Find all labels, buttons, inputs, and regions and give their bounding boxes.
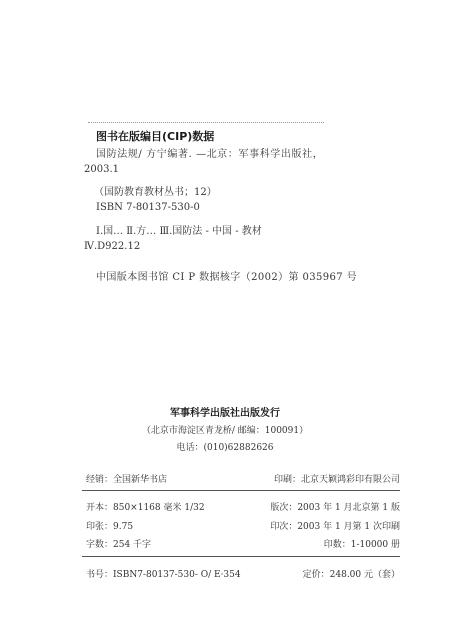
- cip-line-date: 2003.1: [84, 164, 119, 175]
- printing: 印次：2003 年 1 月第 1 次印刷: [270, 519, 400, 532]
- cip-line-subjects: Ⅰ.国… Ⅱ.方… Ⅲ.国防法 - 中国 - 教材: [96, 222, 262, 237]
- word-count: 字数：254 千字: [86, 537, 151, 550]
- publisher-address: （北京市海淀区青龙桥/ 邮编：100091）: [0, 423, 450, 436]
- print-run: 印数：1-10000 册: [324, 537, 400, 550]
- printer: 印刷：北京天颖鸿彩印有限公司: [274, 472, 400, 485]
- cip-title: 图书在版编目(CIP)数据: [96, 128, 214, 144]
- sheets: 印张：9.75: [86, 519, 133, 532]
- cip-line-isbn: ISBN 7-80137-530-0: [96, 202, 200, 213]
- dotted-divider: [88, 122, 324, 123]
- cip-line-title-author: 国防法规/ 方宁编著. —北京：军事科学出版社，: [96, 145, 323, 160]
- edition: 版次：2003 年 1 月北京第 1 版: [270, 500, 400, 513]
- copyright-page: 图书在版编目(CIP)数据 国防法规/ 方宁编著. —北京：军事科学出版社， 2…: [0, 0, 450, 632]
- publisher-phone: 电话：(010)62882626: [0, 440, 450, 453]
- publisher-name: 军事科学出版社出版发行: [0, 404, 450, 419]
- price: 定价：248.00 元（套）: [303, 567, 400, 580]
- divider-bottom: [82, 556, 400, 557]
- book-number: 书号：ISBN7-80137-530- O/ E·354: [86, 567, 241, 580]
- cip-verification: 中国版本图书馆 CI P 数据核字（2002）第 035967 号: [96, 268, 357, 283]
- format: 开本：850×1168 毫米 1/32: [86, 500, 205, 513]
- cip-line-classification: Ⅳ.D922.12: [84, 241, 140, 252]
- divider-top: [82, 490, 400, 491]
- distributor: 经销：全国新华书店: [86, 472, 167, 485]
- cip-line-series: （国防教育教材丛书；12）: [94, 183, 217, 198]
